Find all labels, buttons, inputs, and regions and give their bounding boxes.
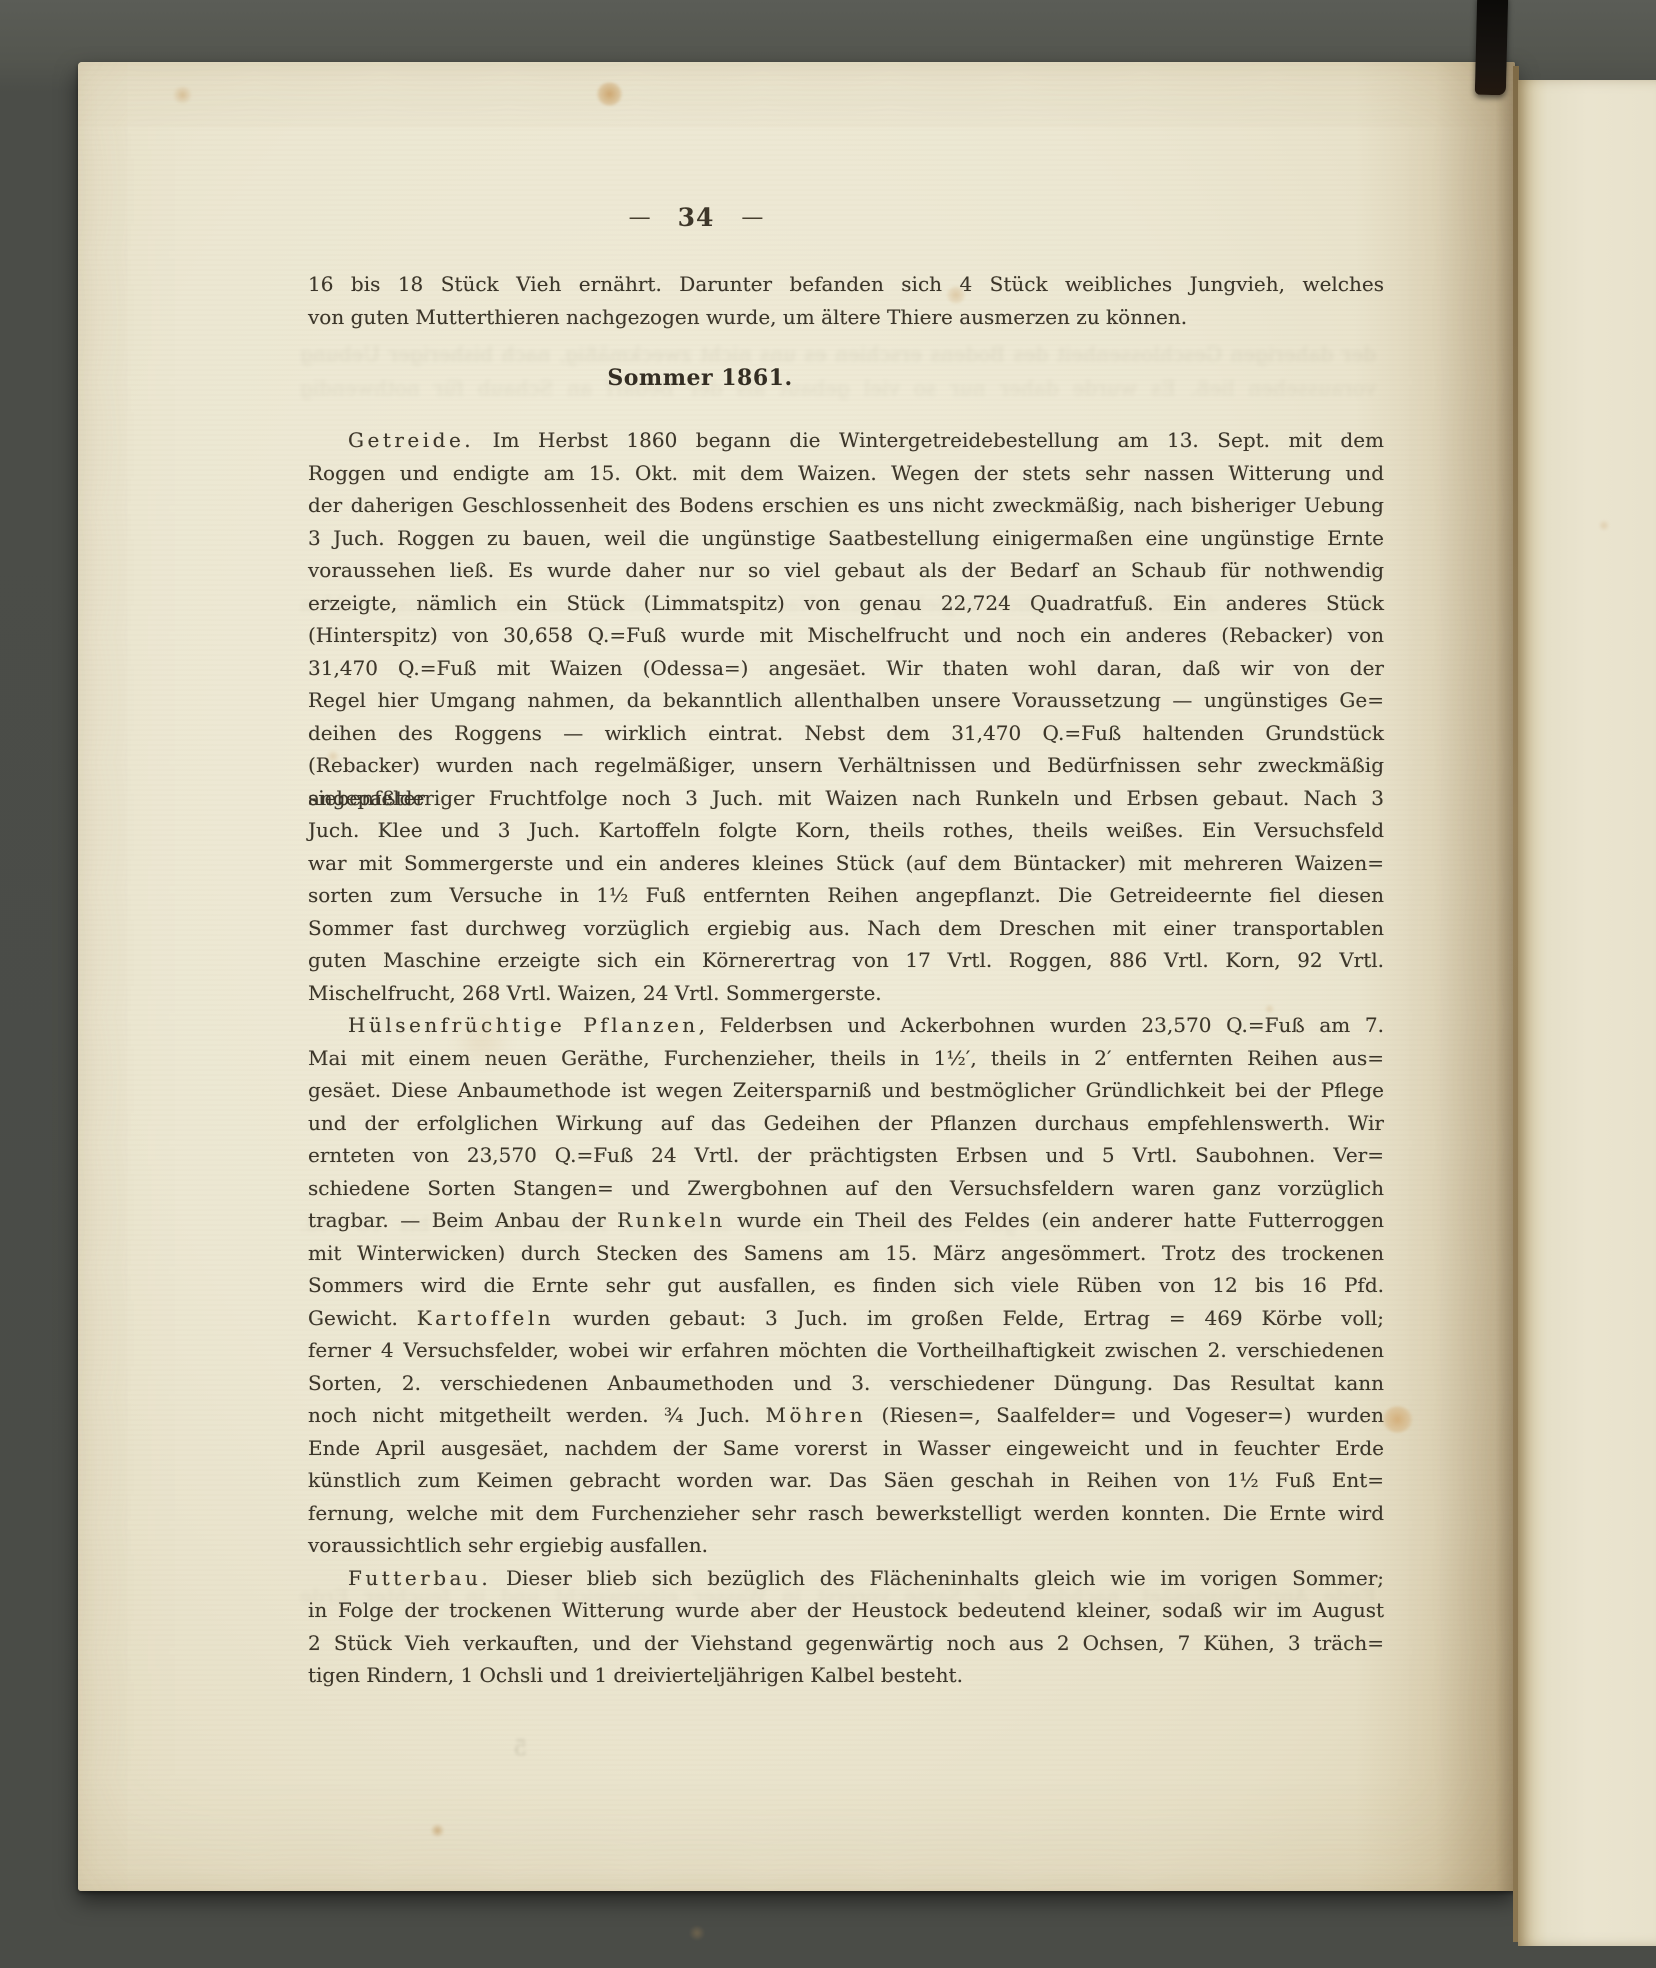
text-line: Roggen und endigte am 15. Okt. mit dem W… (308, 457, 1384, 490)
text-line: in Folge der trockenen Witterung wurde a… (308, 1594, 1384, 1627)
text-line: Ende April ausgesäet, nachdem der Same v… (308, 1432, 1384, 1465)
text-line: mit Winterwicken) durch Stecken des Same… (308, 1237, 1384, 1270)
text-line: der daherigen Geschlossenheit des Bodens… (308, 489, 1384, 522)
page-number: — 34 — (629, 203, 764, 232)
text-line: gesäet. Diese Anbaumethode ist wegen Zei… (308, 1074, 1384, 1107)
gesperrt-emphasis: Kartoffeln (417, 1306, 554, 1330)
gesperrt-emphasis: Runkeln (617, 1208, 726, 1232)
text-line: war mit Sommergerste und ein anderes kle… (308, 847, 1384, 880)
text-line: (Hinterspitz) von 30,658 Q.=Fuß wurde mi… (308, 619, 1384, 652)
paragraph-continuation: 16 bis 18 Stück Vieh ernährt. Darunter b… (308, 268, 1384, 333)
next-page-edge (1518, 80, 1656, 1946)
text-line: Hülsenfrüchtige Pflanzen, Felderbsen und… (308, 1009, 1384, 1042)
text-line: und der erfolglichen Wirkung auf das Ged… (308, 1107, 1384, 1140)
text-line: 3 Juch. Roggen zu bauen, weil die ungüns… (308, 522, 1384, 555)
bookmark-ribbon (1475, 0, 1508, 95)
text-line: 16 bis 18 Stück Vieh ernährt. Darunter b… (308, 268, 1384, 301)
text-line: deihen des Roggens — wirklich eintrat. N… (308, 717, 1384, 750)
paragraph-futterbau: Futterbau. Dieser blieb sich bezüglich d… (308, 1562, 1384, 1692)
text-line: fernung, welche mit dem Furchenzieher se… (308, 1497, 1384, 1530)
paragraph-getreide: Getreide. Im Herbst 1860 begann die Wint… (308, 424, 1384, 1009)
gesperrt-emphasis: Möhren (765, 1403, 866, 1427)
text-line: noch nicht mitgetheilt werden. ¾ Juch. M… (308, 1399, 1384, 1432)
text-line: Sorten, 2. verschiedenen Anbaumethoden u… (308, 1367, 1384, 1400)
text-line: Futterbau. Dieser blieb sich bezüglich d… (308, 1562, 1384, 1595)
text-line: schiedene Sorten Stangen= und Zwergbohne… (308, 1172, 1384, 1205)
text-line: ferner 4 Versuchsfelder, wobei wir erfah… (308, 1334, 1384, 1367)
text-line: 2 Stück Vieh verkauften, und der Viehsta… (308, 1627, 1384, 1660)
page-body-text: Getreide. Im Herbst 1860 begann die Wint… (308, 424, 1384, 1692)
foxing-spot (688, 1926, 706, 1940)
text-line: Sommers wird die Ernte sehr gut ausfalle… (308, 1269, 1384, 1302)
text-line: Mischelfrucht, 268 Vrtl. Waizen, 24 Vrtl… (308, 977, 1384, 1010)
text-line: 31,470 Q.=Fuß mit Waizen (Odessa=) anges… (308, 652, 1384, 685)
text-line: von guten Mutterthieren nachgezogen wurd… (308, 301, 1384, 334)
text-line: Regel hier Umgang nahmen, da bekanntlich… (308, 684, 1384, 717)
gesperrt-emphasis: Hülsenfrüchtige Pflanzen (348, 1013, 699, 1037)
folio-number: 34 (678, 203, 715, 232)
text-line: (Rebacker) wurden nach regelmäßiger, uns… (308, 749, 1384, 782)
text-line: künstlich zum Keimen gebracht worden war… (308, 1464, 1384, 1497)
text-line: Mai mit einem neuen Geräthe, Furchenzieh… (308, 1042, 1384, 1075)
text-line: tragbar. — Beim Anbau der Runkeln wurde … (308, 1204, 1384, 1237)
text-line: sorten zum Versuche in 1½ Fuß entfernten… (308, 879, 1384, 912)
text-line: tigen Rindern, 1 Ochsli und 1 dreivierte… (308, 1659, 1384, 1692)
text-line: voraussehen ließ. Es wurde daher nur so … (308, 554, 1384, 587)
paragraph-huelsenfruechte: Hülsenfrüchtige Pflanzen, Felderbsen und… (308, 1009, 1384, 1562)
gesperrt-emphasis: Futterbau. (348, 1566, 491, 1590)
scanned-book-photo: { "colors": { "paper": "#ece7d2", "ink":… (0, 0, 1656, 1968)
text-line: siebenfelderiger Fruchtfolge noch 3 Juch… (308, 782, 1384, 815)
text-line: Sommer fast durchweg vorzüglich ergiebig… (308, 912, 1384, 945)
text-line: ernteten von 23,570 Q.=Fuß 24 Vrtl. der … (308, 1139, 1384, 1172)
text-line: guten Maschine erzeigte sich ein Körnere… (308, 944, 1384, 977)
text-line: Gewicht. Kartoffeln wurden gebaut: 3 Juc… (308, 1302, 1384, 1335)
folio-dash-left: — (629, 205, 651, 230)
gesperrt-emphasis: Getreide. (348, 428, 474, 452)
text-line: Juch. Klee und 3 Juch. Kartoffeln folgte… (308, 814, 1384, 847)
section-heading: Sommer 1861. (607, 361, 792, 395)
text-line: voraussichtlich sehr ergiebig ausfallen. (308, 1529, 1384, 1562)
text-line: Getreide. Im Herbst 1860 begann die Wint… (308, 424, 1384, 457)
folio-dash-right: — (741, 205, 763, 230)
text-line: erzeigte, nämlich ein Stück (Limmatspitz… (308, 587, 1384, 620)
